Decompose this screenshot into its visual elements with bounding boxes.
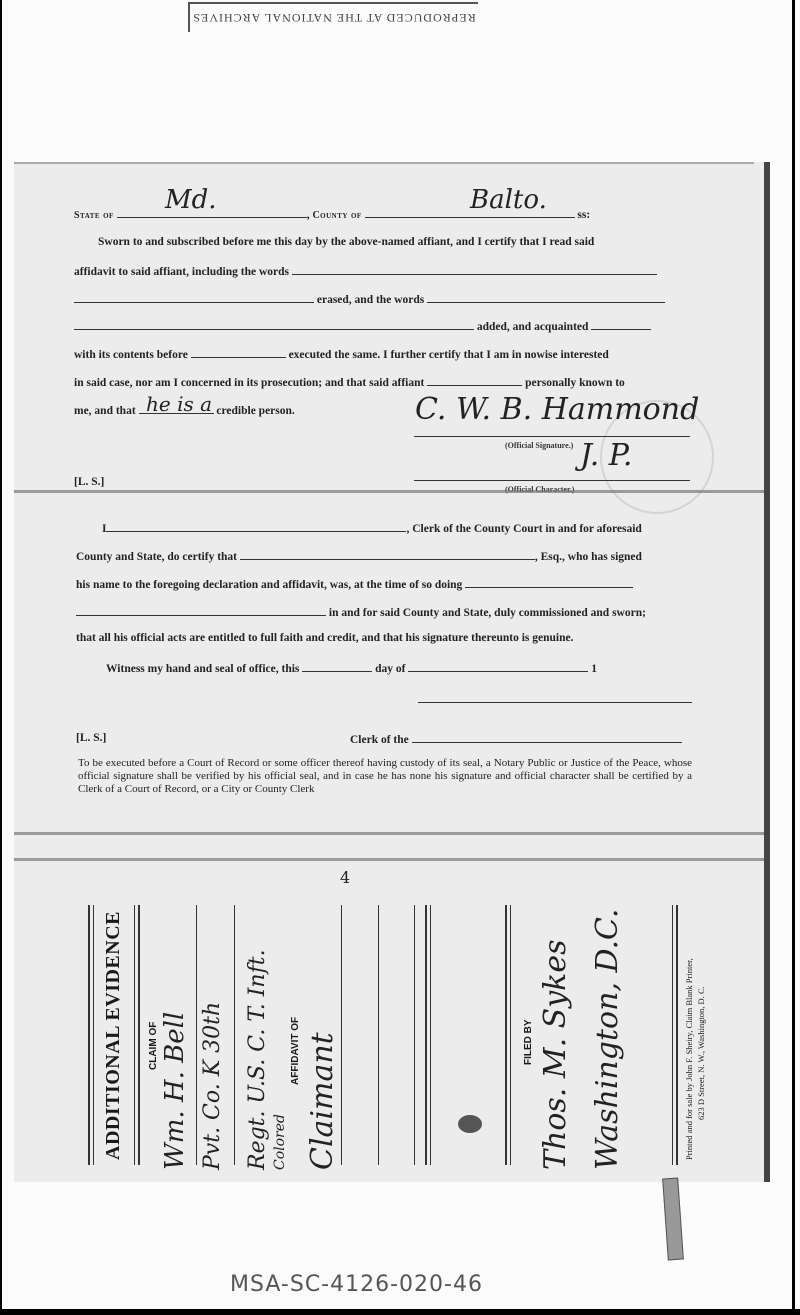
state-value: Md. bbox=[165, 185, 217, 215]
witness-label: Witness my hand and seal of office, this bbox=[106, 663, 299, 675]
docket-rule-7 bbox=[341, 905, 342, 1165]
day-of-label: day of bbox=[375, 663, 405, 675]
ink-blot bbox=[458, 1115, 482, 1133]
clerk-county-court-label: , Clerk of the County Court in and for a… bbox=[406, 523, 641, 535]
docket-title: ADDITIONAL EVIDENCE bbox=[102, 911, 125, 1160]
seal-label-2: [L. S.] bbox=[76, 732, 106, 744]
docket-rule-9 bbox=[414, 905, 415, 1165]
and-that-label: me, and that bbox=[74, 405, 136, 417]
seal-label-1: [L. S.] bbox=[74, 476, 104, 488]
archives-stamp: REPRODUCED AT THE NATIONAL ARCHIVES bbox=[188, 2, 478, 32]
clerk-line-2: County and State, do certify that , Esq.… bbox=[76, 549, 642, 563]
sheet-top-edge bbox=[14, 162, 754, 164]
docket-rule-6 bbox=[234, 905, 235, 1165]
clerk-line-1: I, Clerk of the County Court in and for … bbox=[102, 521, 642, 535]
docket-rule-5 bbox=[196, 905, 197, 1165]
claimant-regiment: Regt. U.S. C. T. Inft. bbox=[245, 949, 270, 1170]
state-label: State of bbox=[74, 210, 114, 221]
official-signature: C. W. B. Hammond bbox=[415, 392, 699, 427]
filed-by-label: FILED BY bbox=[523, 1019, 534, 1065]
foregoing-declaration-label: his name to the foregoing declaration an… bbox=[76, 579, 462, 591]
year-prefix: 1 bbox=[591, 663, 597, 675]
signature-rule bbox=[414, 436, 690, 437]
affidavit-line-3: erased, and the words bbox=[74, 292, 665, 306]
official-character-value: J. P. bbox=[580, 438, 632, 473]
scan-border-bottom bbox=[0, 1309, 800, 1315]
execution-note: To be executed before a Court of Record … bbox=[78, 757, 692, 796]
affidavit-line-2: affidavit to said affiant, including the… bbox=[74, 264, 657, 278]
docket-rule-3 bbox=[134, 905, 135, 1165]
clerk-line-4: in and for said County and State, duly c… bbox=[76, 605, 646, 619]
affiant-name: Claimant bbox=[305, 1032, 340, 1170]
affidavit-of-label: AFFIDAVIT OF bbox=[290, 1017, 301, 1085]
claimant-company: Pvt. Co. K 30th bbox=[200, 1002, 225, 1170]
claim-of-label: CLAIM OF bbox=[148, 1022, 159, 1070]
certify-that-label: County and State, do certify that bbox=[76, 551, 237, 563]
fold-line-3 bbox=[14, 858, 764, 861]
docket-rule-4 bbox=[138, 905, 140, 1165]
personally-known-label: personally known to bbox=[525, 377, 625, 389]
words-included-label: affidavit to said affiant, including the… bbox=[74, 266, 289, 278]
fold-line-2 bbox=[14, 832, 764, 835]
affidavit-line-5: with its contents before executed the sa… bbox=[74, 347, 609, 361]
docket-rule-2 bbox=[93, 905, 94, 1165]
not-interested-label: executed the same. I further certify tha… bbox=[289, 349, 609, 361]
credible-person-label: credible person. bbox=[216, 405, 294, 417]
page-mark: 4 bbox=[340, 868, 350, 887]
printer-line-2: 623 D Street, N. W., Washington, D. C. bbox=[696, 986, 706, 1120]
character-rule bbox=[414, 480, 690, 481]
scan-border-right bbox=[792, 0, 800, 1315]
filed-by-name: Thos. M. Sykes bbox=[538, 940, 573, 1170]
scan-border-left bbox=[0, 0, 2, 1315]
credible-value: he is a bbox=[146, 392, 212, 416]
docket-rule-15 bbox=[676, 905, 678, 1165]
affiant-known-label: in said case, nor am I concerned in its … bbox=[74, 377, 424, 389]
claimant-name: Wm. H. Bell bbox=[160, 1012, 190, 1170]
contents-before-label: with its contents before bbox=[74, 349, 188, 361]
affidavit-line-1: Sworn to and subscribed before me this d… bbox=[98, 236, 594, 248]
docket-rule-1 bbox=[88, 905, 90, 1165]
clerk-line-3: his name to the foregoing declaration an… bbox=[76, 577, 633, 591]
printer-line-1: Printed and for sale by John F. Sheiry, … bbox=[684, 958, 694, 1160]
county-label: County of bbox=[312, 210, 361, 221]
added-label: added, and acquainted bbox=[477, 321, 589, 333]
witness-line: Witness my hand and seal of office, this… bbox=[106, 661, 597, 675]
docket-rule-13 bbox=[510, 905, 511, 1165]
clerk-of-label: Clerk of the bbox=[350, 734, 409, 746]
signature-caption: (Official Signature.) bbox=[505, 441, 573, 450]
filed-by-city: Washington, D.C. bbox=[590, 909, 625, 1170]
docket-rule-10 bbox=[425, 905, 427, 1165]
affidavit-line-4: added, and acquainted bbox=[74, 319, 651, 333]
commissioned-sworn-label: in and for said County and State, duly c… bbox=[329, 607, 646, 619]
esq-signed-label: , Esq., who has signed bbox=[535, 551, 642, 563]
paper-tab bbox=[662, 1178, 684, 1261]
ss-label: ss: bbox=[577, 209, 590, 221]
clerk-of-line: Clerk of the bbox=[350, 732, 682, 746]
archive-identifier: MSA-SC-4126-020-46 bbox=[230, 1272, 483, 1297]
erased-label: erased, and the words bbox=[317, 294, 424, 306]
county-value: Balto. bbox=[470, 185, 547, 215]
docket-rule-14 bbox=[672, 905, 673, 1165]
affidavit-line-6: in said case, nor am I concerned in its … bbox=[74, 375, 625, 389]
clerk-line-5: that all his official acts are entitled … bbox=[76, 632, 574, 644]
docket-rule-8 bbox=[378, 905, 379, 1165]
docket-rule-11 bbox=[430, 905, 431, 1165]
docket-rule-12 bbox=[505, 905, 507, 1165]
claimant-colored: Colored bbox=[272, 1114, 288, 1170]
fold-line-1 bbox=[14, 490, 764, 493]
clerk-signature-rule bbox=[418, 702, 692, 703]
